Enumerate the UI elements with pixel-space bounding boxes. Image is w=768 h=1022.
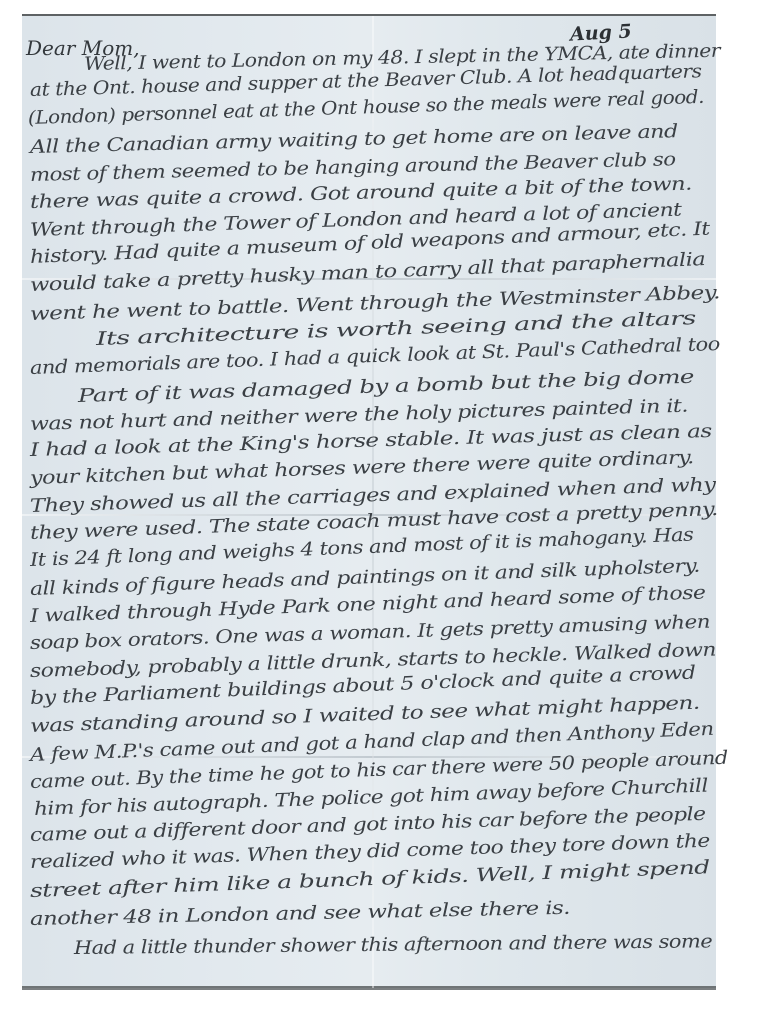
letter-line: another 48 in London and see what else t… — [30, 898, 570, 930]
letter-page: Aug 5 Dear Mom, Well, I went to London o… — [22, 14, 716, 988]
letter-line: Had a little thunder shower this afterno… — [74, 931, 712, 959]
